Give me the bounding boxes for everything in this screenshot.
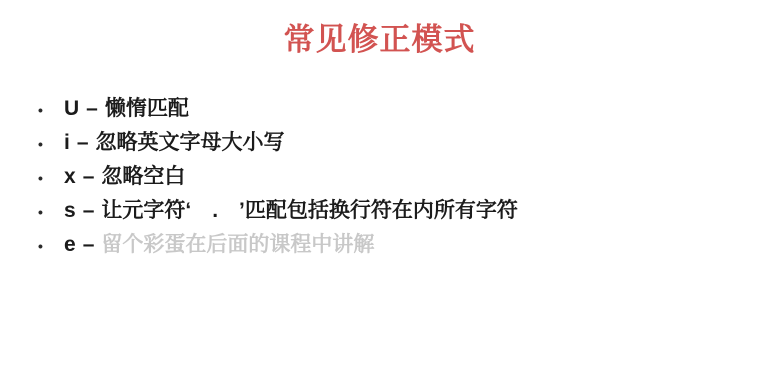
modifier-letter: i xyxy=(64,131,70,155)
list-item: • i – 忽略英文字母大小写 xyxy=(38,126,759,160)
slide: 常见修正模式 • U – 懒惰匹配 • i – 忽略英文字母大小写 • x – … xyxy=(0,0,759,379)
list-item: • U – 懒惰匹配 xyxy=(38,92,759,126)
modifier-letter: x xyxy=(64,165,76,189)
page-title: 常见修正模式 xyxy=(0,0,759,58)
modifier-letter: s xyxy=(64,199,76,223)
dash-separator: – xyxy=(86,97,98,121)
dash-separator: – xyxy=(83,165,95,189)
bullet-icon: • xyxy=(38,136,64,152)
dash-separator: – xyxy=(83,199,95,223)
list-item: • x – 忽略空白 xyxy=(38,160,759,194)
dash-separator: – xyxy=(77,131,89,155)
bullet-icon: • xyxy=(38,170,64,186)
modifier-description: 忽略英文字母大小写 xyxy=(96,126,285,156)
bullet-icon: • xyxy=(38,238,64,254)
modifier-description: 让元字符‘ . ’匹配包括换行符在内所有字符 xyxy=(101,194,518,224)
modifier-description: 懒惰匹配 xyxy=(105,92,189,122)
modifier-letter: e xyxy=(64,233,76,257)
modifier-description: 忽略空白 xyxy=(101,160,185,190)
bullet-icon: • xyxy=(38,102,64,118)
bullet-icon: • xyxy=(38,204,64,220)
list-item: • e – 留个彩蛋在后面的课程中讲解 xyxy=(38,228,759,262)
list-item: • s – 让元字符‘ . ’匹配包括换行符在内所有字符 xyxy=(38,194,759,228)
modifier-letter: U xyxy=(64,97,79,121)
dash-separator: – xyxy=(83,233,95,257)
bullet-list: • U – 懒惰匹配 • i – 忽略英文字母大小写 • x – 忽略空白 • … xyxy=(0,92,759,262)
modifier-description: 留个彩蛋在后面的课程中讲解 xyxy=(101,228,374,258)
